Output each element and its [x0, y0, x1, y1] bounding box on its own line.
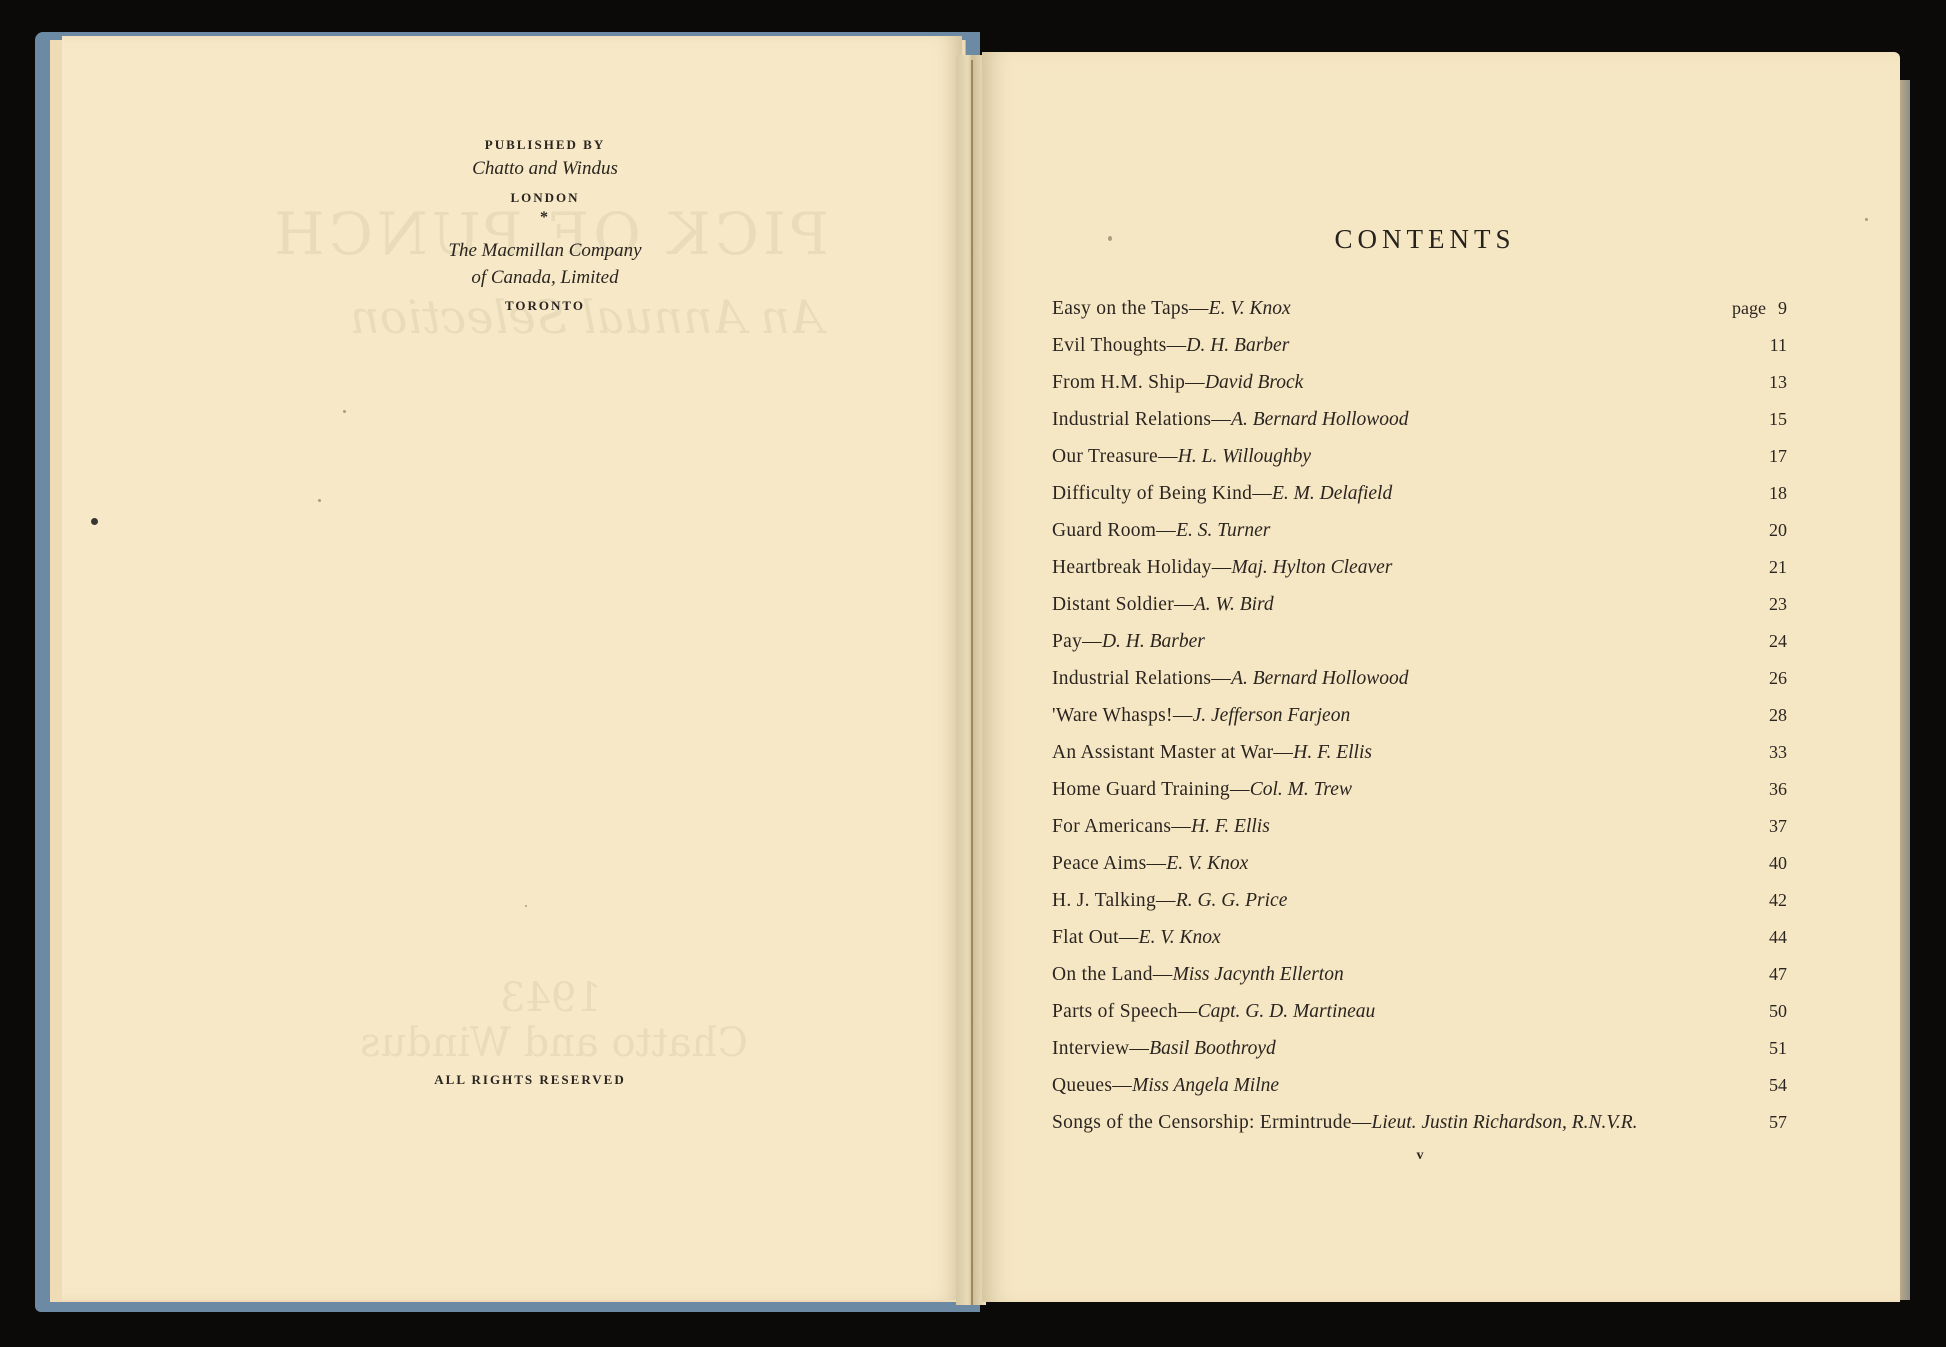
toc-entry-title: Peace Aims—	[1052, 853, 1166, 874]
separator-asterisk: *	[345, 209, 745, 227]
toc-entry-page: 17	[1727, 446, 1787, 467]
toc-entry-page-number: 13	[1769, 372, 1787, 392]
toc-entry-page-number: 47	[1769, 964, 1787, 984]
toc-entry-page-number: 36	[1769, 779, 1787, 799]
toc-entry-author: D. H. Barber	[1186, 335, 1289, 356]
toc-entry: From H.M. Ship—David Brock13	[1052, 372, 1787, 409]
toc-entry-text: Parts of Speech—Capt. G. D. Martineau	[1052, 1001, 1375, 1023]
toc-entry-page: 33	[1727, 742, 1787, 763]
toc-entry-page: 36	[1727, 779, 1787, 800]
toc-entry-page: 23	[1727, 594, 1787, 615]
toc-entry-text: Heartbreak Holiday—Maj. Hylton Cleaver	[1052, 557, 1392, 579]
toc-entry-title: Home Guard Training—	[1052, 779, 1250, 800]
toc-entry-author: H. F. Ellis	[1191, 816, 1270, 837]
toc-entry-title: Guard Room—	[1052, 520, 1176, 541]
toc-entry: Guard Room—E. S. Turner20	[1052, 520, 1787, 557]
toc-entry-page: page9	[1727, 298, 1787, 319]
toc-entry-title: 'Ware Whasps!—	[1052, 705, 1193, 726]
toc-entry-page: 47	[1727, 964, 1787, 985]
toc-entry-author: Miss Angela Milne	[1132, 1075, 1279, 1096]
toc-entry-page-number: 33	[1769, 742, 1787, 762]
toc-entry-text: Flat Out—E. V. Knox	[1052, 927, 1221, 949]
toc-entry-title: Parts of Speech—	[1052, 1001, 1198, 1022]
toc-entry-page-number: 50	[1769, 1001, 1787, 1021]
toc-entry-title: Difficulty of Being Kind—	[1052, 483, 1272, 504]
toc-entry: Parts of Speech—Capt. G. D. Martineau50	[1052, 1001, 1787, 1038]
toc-entry-author: A. Bernard Hollowood	[1231, 409, 1408, 430]
publisher-name: Chatto and Windus	[345, 158, 745, 180]
toc-entry-author: David Brock	[1205, 372, 1303, 393]
toc-entry-page: 11	[1727, 335, 1787, 356]
toc-entry: H. J. Talking—R. G. G. Price42	[1052, 890, 1787, 927]
toc-entry: For Americans—H. F. Ellis37	[1052, 816, 1787, 853]
toc-entry-text: Distant Soldier—A. W. Bird	[1052, 594, 1274, 616]
toc-entry: Home Guard Training—Col. M. Trew36	[1052, 779, 1787, 816]
toc-entry-page: 51	[1727, 1038, 1787, 1059]
toc-entry-text: Industrial Relations—A. Bernard Hollowoo…	[1052, 409, 1409, 431]
toc-entry-title: For Americans—	[1052, 816, 1191, 837]
toc-entry-title: On the Land—	[1052, 964, 1173, 985]
rights-reserved: ALL RIGHTS RESERVED	[380, 1072, 680, 1088]
toc-entry-author: E. V. Knox	[1139, 927, 1221, 948]
toc-entry: Heartbreak Holiday—Maj. Hylton Cleaver21	[1052, 557, 1787, 594]
published-by-label: PUBLISHED BY	[345, 137, 745, 153]
toc-entry-text: Peace Aims—E. V. Knox	[1052, 853, 1248, 875]
toc-entry-page-number: 18	[1769, 483, 1787, 503]
toc-entry-text: Home Guard Training—Col. M. Trew	[1052, 779, 1352, 801]
toc-entry-title: Evil Thoughts—	[1052, 335, 1186, 356]
toc-entry-author: A. W. Bird	[1194, 594, 1274, 615]
toc-entry-page: 44	[1727, 927, 1787, 948]
toc-entry-title: An Assistant Master at War—	[1052, 742, 1293, 763]
co-publisher-line1: The Macmillan Company	[345, 240, 745, 262]
toc-entry-page-number: 44	[1769, 927, 1787, 947]
page-label: page	[1732, 298, 1766, 318]
toc-entry: Queues—Miss Angela Milne54	[1052, 1075, 1787, 1112]
toc-entry-page: 57	[1727, 1112, 1787, 1133]
toc-entry-page-number: 9	[1778, 298, 1787, 318]
toc-entry-title: Industrial Relations—	[1052, 409, 1231, 430]
toc-entry-page-number: 15	[1769, 409, 1787, 429]
toc-entry-page: 15	[1727, 409, 1787, 430]
toc-entry-author: E. V. Knox	[1209, 298, 1291, 319]
toc-entry-title: From H.M. Ship—	[1052, 372, 1205, 393]
toc-entry-text: On the Land—Miss Jacynth Ellerton	[1052, 964, 1344, 986]
toc-entry-author: D. H. Barber	[1102, 631, 1205, 652]
toc-entry-text: Easy on the Taps—E. V. Knox	[1052, 298, 1291, 320]
toc-entry-page: 28	[1727, 705, 1787, 726]
toc-entry-page: 42	[1727, 890, 1787, 911]
toc-entry: Industrial Relations—A. Bernard Hollowoo…	[1052, 409, 1787, 446]
toc-entry-page-number: 42	[1769, 890, 1787, 910]
toc-entry-page-number: 28	[1769, 705, 1787, 725]
toc-entry-title: Distant Soldier—	[1052, 594, 1194, 615]
toc-entry-page: 37	[1727, 816, 1787, 837]
toc-entry: Interview—Basil Boothroyd51	[1052, 1038, 1787, 1075]
contents-heading: CONTENTS	[1220, 224, 1630, 255]
toc-entry-page: 54	[1727, 1075, 1787, 1096]
toc-entry-text: H. J. Talking—R. G. G. Price	[1052, 890, 1287, 912]
toc-entry-author: Miss Jacynth Ellerton	[1173, 964, 1344, 985]
toc-entry-page-number: 21	[1769, 557, 1787, 577]
toc-entry: Easy on the Taps—E. V. Knoxpage9	[1052, 298, 1787, 335]
toc-entry-author: E. V. Knox	[1166, 853, 1248, 874]
toc-entry-author: H. F. Ellis	[1293, 742, 1372, 763]
toc-entry: On the Land—Miss Jacynth Ellerton47	[1052, 964, 1787, 1001]
toc-entry-text: Difficulty of Being Kind—E. M. Delafield	[1052, 483, 1392, 505]
toc-entry-title: Easy on the Taps—	[1052, 298, 1209, 319]
right-page-edge	[1900, 80, 1910, 1300]
toc-entry-page-number: 11	[1770, 335, 1787, 355]
toc-entry-page: 24	[1727, 631, 1787, 652]
toc-entry: Distant Soldier—A. W. Bird23	[1052, 594, 1787, 631]
toc-entry: Difficulty of Being Kind—E. M. Delafield…	[1052, 483, 1787, 520]
toc-entry-page: 26	[1727, 668, 1787, 689]
toc-entry-author: Capt. G. D. Martineau	[1198, 1001, 1376, 1022]
toc-entry-page: 20	[1727, 520, 1787, 541]
toc-entry-page: 21	[1727, 557, 1787, 578]
toc-entry-title: Heartbreak Holiday—	[1052, 557, 1232, 578]
toc-entry-text: Industrial Relations—A. Bernard Hollowoo…	[1052, 668, 1409, 690]
toc-entry-title: Interview—	[1052, 1038, 1149, 1059]
toc-entry-author: Basil Boothroyd	[1149, 1038, 1276, 1059]
toc-entry-text: For Americans—H. F. Ellis	[1052, 816, 1270, 838]
toc-entry-author: H. L. Willoughby	[1178, 446, 1311, 467]
toc-entry-text: From H.M. Ship—David Brock	[1052, 372, 1303, 394]
toc-entry-page-number: 57	[1769, 1112, 1787, 1132]
toc-entry-text: An Assistant Master at War—H. F. Ellis	[1052, 742, 1372, 764]
toc-entry-page-number: 51	[1769, 1038, 1787, 1058]
toc-entry-title: Our Treasure—	[1052, 446, 1178, 467]
toc-entry: Flat Out—E. V. Knox44	[1052, 927, 1787, 964]
toc-entry-title: H. J. Talking—	[1052, 890, 1176, 911]
toc-entry-page-number: 20	[1769, 520, 1787, 540]
co-publisher-line2: of Canada, Limited	[345, 267, 745, 289]
toc-entry-page-number: 37	[1769, 816, 1787, 836]
toc-entry-text: Evil Thoughts—D. H. Barber	[1052, 335, 1289, 357]
toc-entry-page-number: 17	[1769, 446, 1787, 466]
toc-entry: 'Ware Whasps!—J. Jefferson Farjeon28	[1052, 705, 1787, 742]
bleed-through-year: 1943	[500, 975, 602, 1021]
toc-entry-page-number: 26	[1769, 668, 1787, 688]
toc-entry-author: R. G. G. Price	[1176, 890, 1288, 911]
toc-entry-title: Flat Out—	[1052, 927, 1139, 948]
toc-entry: Songs of the Censorship: Ermintrude—Lieu…	[1052, 1112, 1787, 1149]
toc-entry-text: Guard Room—E. S. Turner	[1052, 520, 1270, 542]
toc-entry-page-number: 23	[1769, 594, 1787, 614]
toc-entry-text: Interview—Basil Boothroyd	[1052, 1038, 1276, 1060]
toc-entry-title: Songs of the Censorship: Ermintrude—	[1052, 1112, 1372, 1133]
publisher-city: LONDON	[345, 190, 745, 206]
page-folio: v	[1400, 1148, 1440, 1164]
table-of-contents: Easy on the Taps—E. V. Knoxpage9Evil Tho…	[1052, 298, 1787, 1149]
toc-entry: Pay—D. H. Barber24	[1052, 631, 1787, 668]
toc-entry-author: Lieut. Justin Richardson, R.N.V.R.	[1372, 1112, 1638, 1133]
co-publisher-city: TORONTO	[345, 298, 745, 314]
toc-entry-page: 18	[1727, 483, 1787, 504]
toc-entry-author: E. S. Turner	[1176, 520, 1270, 541]
gutter-seam	[971, 60, 973, 1305]
toc-entry-author: J. Jefferson Farjeon	[1193, 705, 1351, 726]
toc-entry-text: 'Ware Whasps!—J. Jefferson Farjeon	[1052, 705, 1350, 727]
toc-entry-text: Pay—D. H. Barber	[1052, 631, 1205, 653]
toc-entry-page-number: 40	[1769, 853, 1787, 873]
toc-entry-author: Col. M. Trew	[1250, 779, 1352, 800]
toc-entry: Peace Aims—E. V. Knox40	[1052, 853, 1787, 890]
toc-entry-page-number: 54	[1769, 1075, 1787, 1095]
toc-entry-text: Songs of the Censorship: Ermintrude—Lieu…	[1052, 1112, 1638, 1134]
toc-entry-title: Industrial Relations—	[1052, 668, 1231, 689]
toc-entry: An Assistant Master at War—H. F. Ellis33	[1052, 742, 1787, 779]
toc-entry-text: Our Treasure—H. L. Willoughby	[1052, 446, 1311, 468]
toc-entry-author: A. Bernard Hollowood	[1231, 668, 1408, 689]
bleed-through-publisher: Chatto and Windus	[360, 1020, 748, 1066]
toc-entry-page-number: 24	[1769, 631, 1787, 651]
toc-entry-text: Queues—Miss Angela Milne	[1052, 1075, 1279, 1097]
toc-entry-title: Pay—	[1052, 631, 1102, 652]
toc-entry-page: 13	[1727, 372, 1787, 393]
toc-entry: Industrial Relations—A. Bernard Hollowoo…	[1052, 668, 1787, 705]
toc-entry-page: 40	[1727, 853, 1787, 874]
toc-entry-author: Maj. Hylton Cleaver	[1232, 557, 1393, 578]
toc-entry-author: E. M. Delafield	[1272, 483, 1392, 504]
toc-entry-title: Queues—	[1052, 1075, 1132, 1096]
toc-entry: Our Treasure—H. L. Willoughby17	[1052, 446, 1787, 483]
toc-entry-page: 50	[1727, 1001, 1787, 1022]
toc-entry: Evil Thoughts—D. H. Barber11	[1052, 335, 1787, 372]
